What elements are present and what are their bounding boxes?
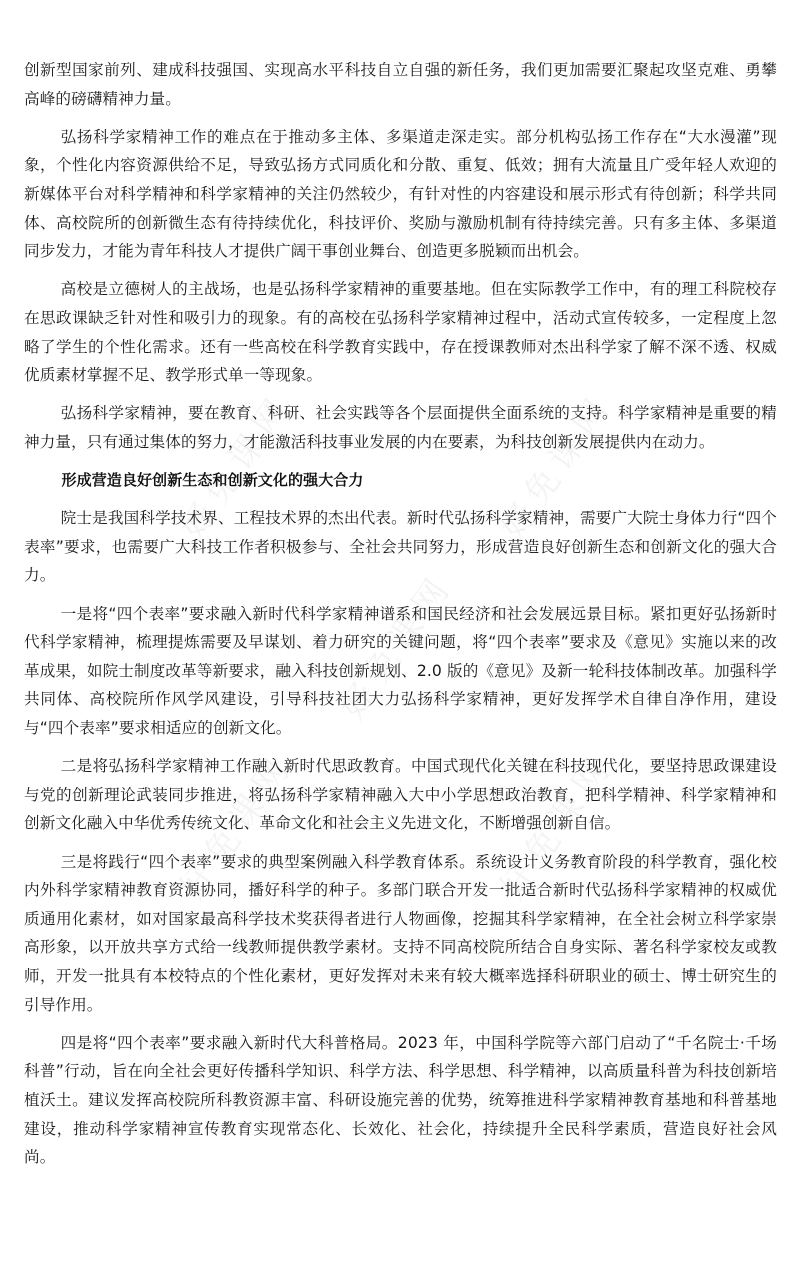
paragraph: 创新型国家前列、建成科技强国、实现高水平科技自立自强的新任务，我们更加需要汇聚起…: [24, 56, 777, 113]
paragraph: 高校是立德树人的主战场，也是弘扬科学家精神的重要基地。但在实际教学工作中，有的理…: [24, 275, 777, 389]
paragraph: 院士是我国科学技术界、工程技术界的杰出代表。新时代弘扬科学家精神，需要广大院士身…: [24, 504, 777, 590]
paragraph: 弘扬科学家精神工作的难点在于推动多主体、多渠道走深走实。部分机构弘扬工作存在“大…: [24, 123, 777, 266]
paragraph: 二是将弘扬科学家精神工作融入新时代思政教育。中国式现代化关键在科技现代化，要坚持…: [24, 752, 777, 838]
paragraph: 四是将“四个表率”要求融入新时代大科普格局。2023 年，中国科学院等六部门启动…: [24, 1029, 777, 1172]
document-body: 创新型国家前列、建成科技强国、实现高水平科技自立自强的新任务，我们更加需要汇聚起…: [24, 56, 777, 1181]
paragraph: 一是将“四个表率”要求融入新时代科学家精神谱系和国民经济和社会发展远景目标。紧扣…: [24, 600, 777, 743]
section-heading: 形成营造良好创新生态和创新文化的强大合力: [24, 466, 777, 495]
paragraph: 弘扬科学家精神，要在教育、科研、社会实践等各个层面提供全面系统的支持。科学家精神…: [24, 399, 777, 456]
paragraph: 三是将践行“四个表率”要求的典型案例融入科学教育体系。系统设计义务教育阶段的科学…: [24, 848, 777, 1020]
